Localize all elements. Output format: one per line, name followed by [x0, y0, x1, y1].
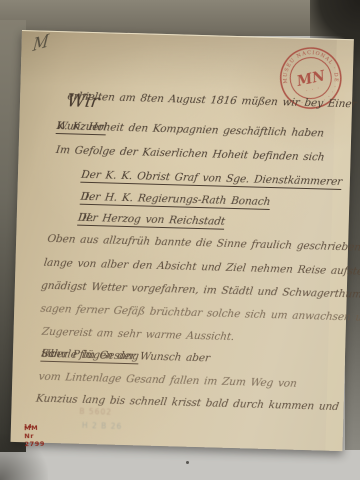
pencil-catalogue-mark: H 2 B 26 [82, 421, 123, 431]
manuscript-page: M MUSEU NACIONAL · DE · · · · · · · · MN… [10, 30, 353, 451]
pencil-catalogue-mark: B 5602 [79, 407, 112, 417]
photo-of-manuscript: M MUSEU NACIONAL · DE · · · · · · · · MN… [0, 0, 360, 480]
manuscript-text-block: Wir erhielten am 8ten August 1816 müßen … [10, 31, 353, 451]
dust-speck [186, 461, 189, 464]
